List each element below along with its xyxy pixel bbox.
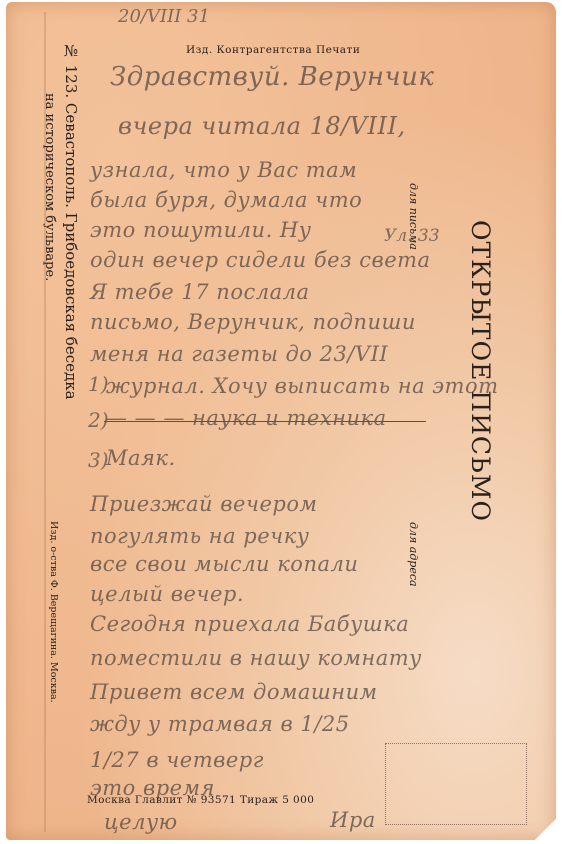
handwritten-line: Здравствуй. Верунчик — [110, 62, 434, 92]
handwritten-date: 20/VIII 31 — [118, 6, 210, 27]
censor-imprint: Москва Главлит № 93571 Тираж 5 000 — [87, 794, 314, 806]
handwritten-line: была буря, думала что — [90, 188, 362, 212]
handwritten-line: узнала, что у Вас там — [90, 158, 357, 182]
handwritten-line: журнал. Хочу выписать на этот — [106, 374, 499, 398]
handwritten-line: Я тебе 17 послала — [90, 280, 310, 304]
handwritten-line: жду у трамвая в 1/25 — [90, 712, 350, 736]
handwritten-line: поместили в нашу комнату — [90, 646, 422, 670]
handwritten-line: Маяк. — [106, 446, 176, 470]
handwritten-line: все свои мысли копали — [90, 552, 358, 576]
photo-caption: № 123. Севастополь. Грибоедовская беседк… — [62, 42, 80, 400]
handwritten-line: целый вечер. — [90, 582, 244, 606]
handwritten-line: — — — наука и техника — [106, 406, 387, 430]
photo-caption-line2: на историческом бульваре. — [42, 93, 57, 281]
handwritten-line: Привет всем домашним — [90, 680, 378, 704]
stamp-placeholder — [385, 743, 527, 825]
handwritten-line: погулять на речку — [90, 524, 309, 548]
publisher-heading: Изд. Контрагентства Печати — [186, 44, 360, 56]
handwritten-signature: Ира — [330, 808, 376, 832]
publisher-imprint: Изд. о-ства Ф. Верещагина. Москва. — [48, 521, 59, 703]
handwritten-line: один вечер сидели без света — [90, 248, 431, 272]
handwritten-line: письмо, Верунчик, подпиши — [90, 310, 416, 334]
handwritten-line: это пошутили. Ну — [90, 218, 311, 242]
for-address-label: для адреса — [407, 522, 420, 587]
strikethrough-line — [104, 421, 426, 422]
handwritten-line: меня на газеты до 23/VII — [90, 342, 388, 366]
handwritten-line: Приезжай вечером — [90, 492, 317, 516]
handwritten-line: вчера читала 18/VIII, — [118, 112, 406, 140]
handwritten-line: 1/27 в четверг — [90, 748, 264, 772]
handwritten-line: Сегодня приехала Бабушка — [90, 612, 409, 636]
handwritten-line: целую — [104, 810, 178, 834]
postcard-title: ОТКРЫТОЕ ПИСЬМО — [466, 220, 495, 522]
handwritten-side-note: Ул. 33 — [384, 226, 440, 246]
